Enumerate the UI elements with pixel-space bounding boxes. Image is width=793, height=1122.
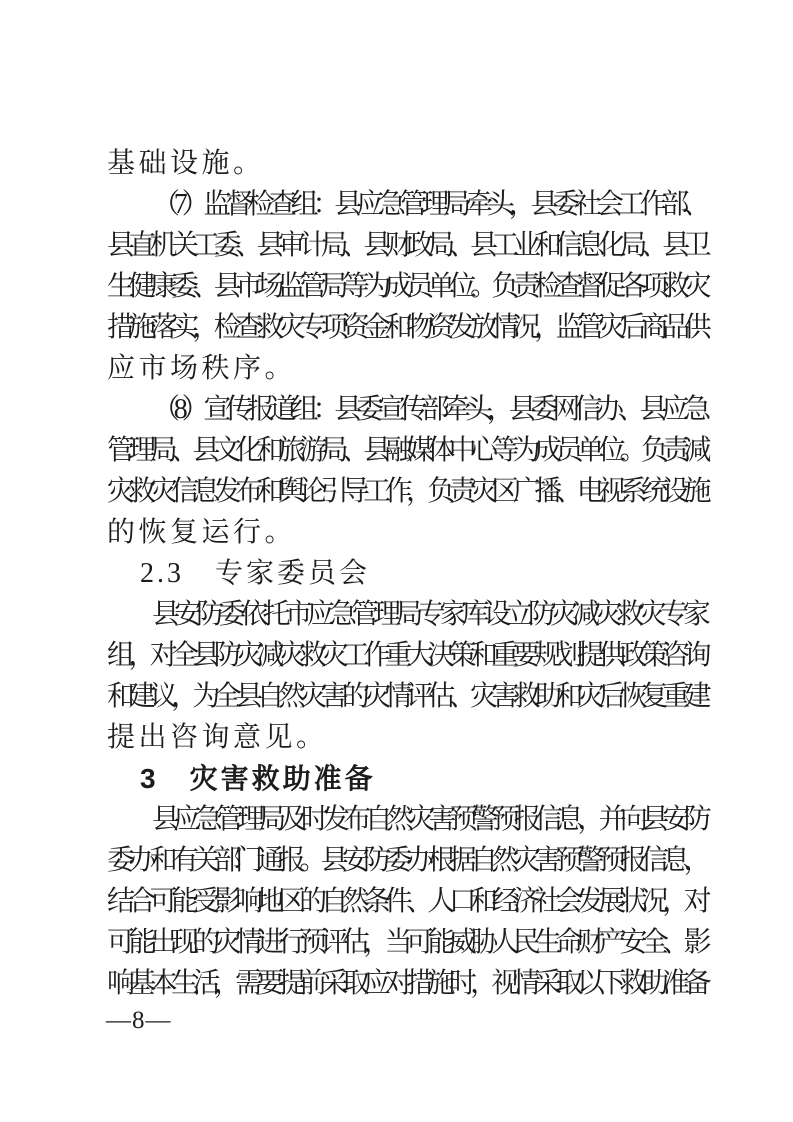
paragraph-disaster-relief-preparation-line: 委办和有关部门通报。县安防委办根据自然灾害预警预报信息， xyxy=(107,840,705,881)
document-body: 基础设施。（7）监督检查组：县应急管理局牵头，县委社会工作部、县直机关工委、县审… xyxy=(107,143,705,1004)
paragraph-disaster-relief-preparation-line: 可能出现的灾情进行预评估，当可能威胁人民生命财产安全、影 xyxy=(107,922,705,963)
paragraph-expert-committee-line: 和建议，为全县自然灾害的灾情评估、灾害救助和灾后恢复重建 xyxy=(107,676,705,717)
paragraph-expert-committee-line: 组，对全县防灾减灾救灾工作重大决策和重要规划提供政策咨询 xyxy=(107,635,705,676)
paragraph-disaster-relief-preparation-line: 县应急管理局及时发布自然灾害预警预报信息，并向县安防 xyxy=(107,799,705,840)
paragraph-end-line: 基础设施。 xyxy=(107,143,705,184)
paragraph-supervision-group-line: 县直机关工委、县审计局、县财政局、县工业和信息化局、县卫 xyxy=(107,225,705,266)
document-page: 基础设施。（7）监督检查组：县应急管理局牵头，县委社会工作部、县直机关工委、县审… xyxy=(0,0,793,1122)
paragraph-supervision-group-line: 措施落实，检查救灾专项资金和物资发放情况，监管灾后商品供 xyxy=(107,307,705,348)
paragraph-publicity-group-line: （8）宣传报道组：县委宣传部牵头，县委网信办、县应急 xyxy=(107,389,705,430)
section-heading-3: 3 灾害救助准备 xyxy=(107,758,705,799)
paragraph-expert-committee-line: 县安防委依托市应急管理局专家库设立防灾减灾救灾专家 xyxy=(107,594,705,635)
page-number: —8— xyxy=(106,1005,172,1037)
paragraph-supervision-group-line: 生健康委、县市场监管局等为成员单位。负责检查督促各项救灾 xyxy=(107,266,705,307)
paragraph-publicity-group-line: 管理局、县文化和旅游局、县融媒体中心等为成员单位。负责减 xyxy=(107,430,705,471)
paragraph-publicity-group-line: 的恢复运行。 xyxy=(107,512,705,553)
paragraph-publicity-group-line: 灾救灾信息发布和舆论引导工作，负责灾区广播、电视系统设施 xyxy=(107,471,705,512)
paragraph-expert-committee-line: 提出咨询意见。 xyxy=(107,717,705,758)
section-heading-2-3: 2.3 专家委员会 xyxy=(107,553,705,594)
paragraph-supervision-group-line: （7）监督检查组：县应急管理局牵头，县委社会工作部、 xyxy=(107,184,705,225)
paragraph-disaster-relief-preparation-line: 结合可能受影响地区的自然条件、人口和经济社会发展状况，对 xyxy=(107,881,705,922)
paragraph-disaster-relief-preparation-line: 响基本生活，需要提前采取应对措施时，视情采取以下救助准备 xyxy=(107,963,705,1004)
paragraph-supervision-group-line: 应市场秩序。 xyxy=(107,348,705,389)
